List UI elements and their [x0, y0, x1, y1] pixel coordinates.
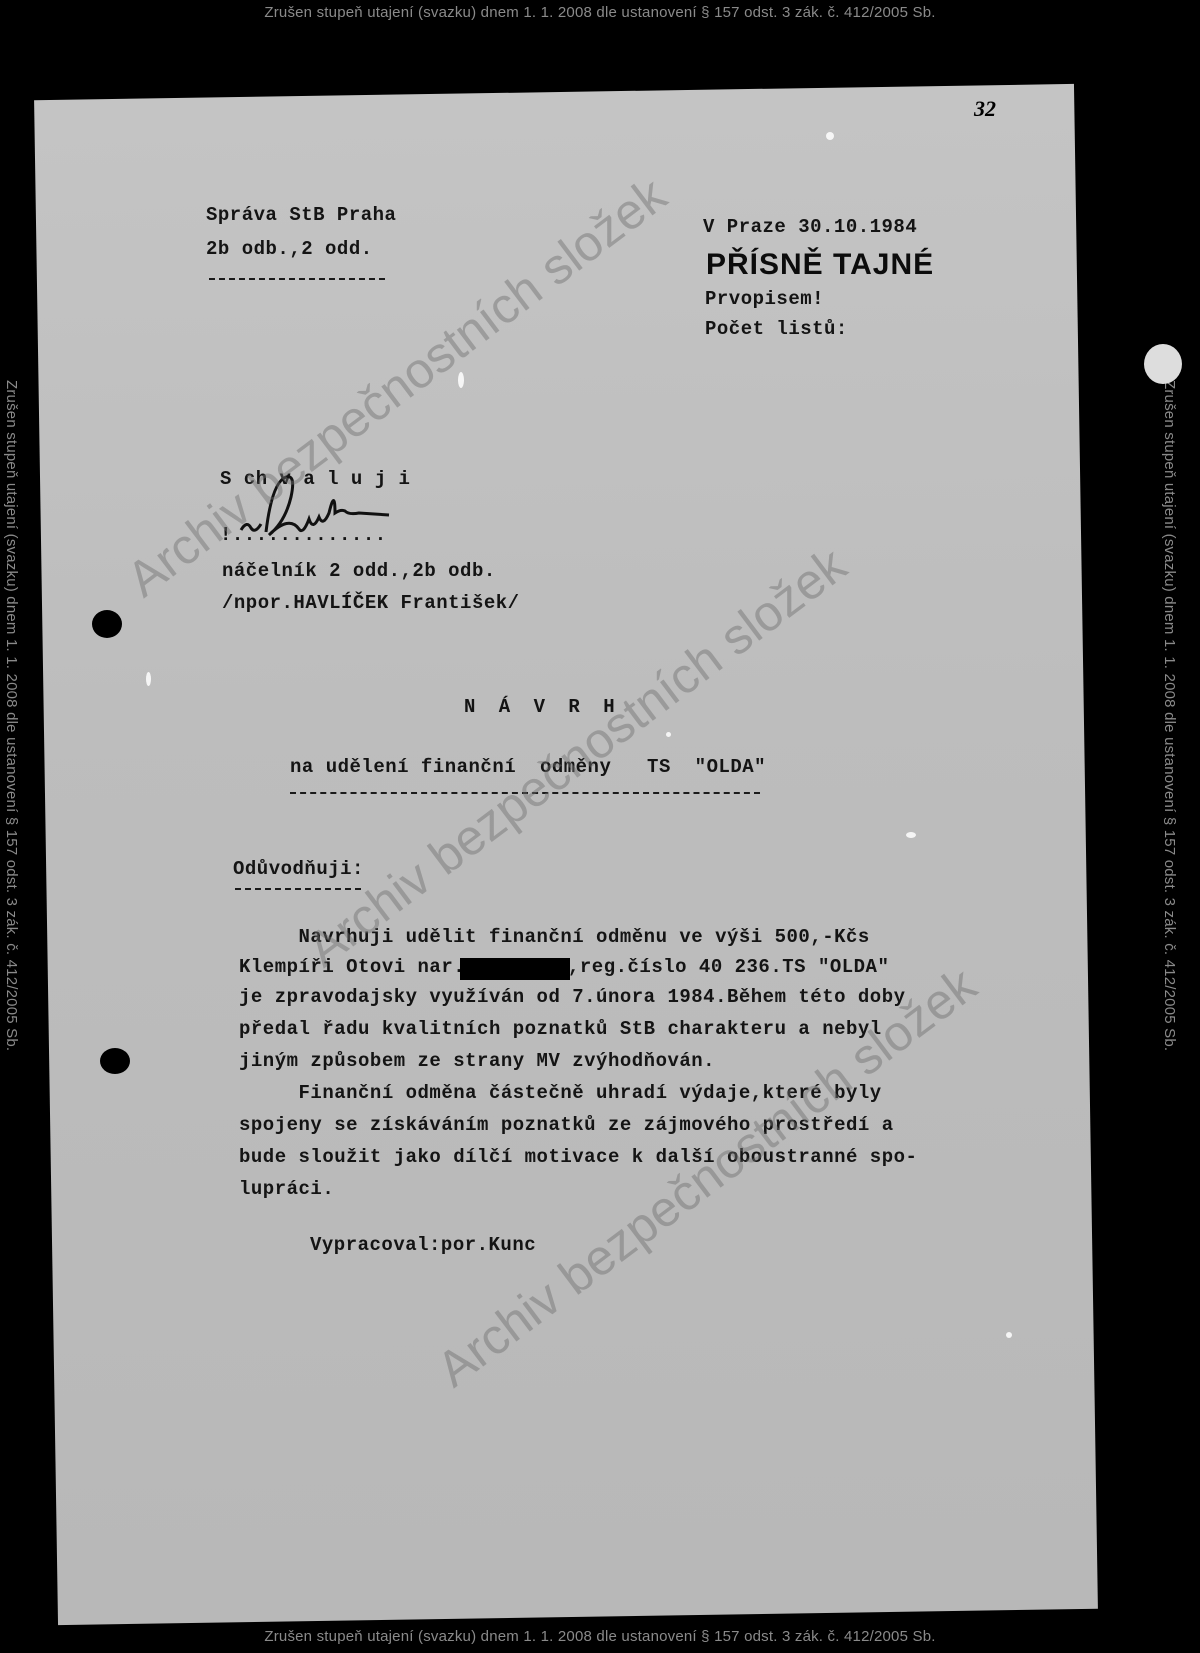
prepared-by: Vypracoval:por.Kunc [310, 1234, 536, 1256]
dust-speck [666, 732, 671, 737]
place-date: V Praze 30.10.1984 [703, 216, 917, 238]
dust-speck [458, 372, 464, 388]
page-number: 32 [974, 96, 996, 122]
copy-note: Prvopisem! [705, 288, 824, 310]
paragraph2-line3: bude sloužit jako dílčí motivace k další… [239, 1146, 917, 1168]
scan-artifact [1144, 344, 1182, 384]
justification-underline [235, 888, 361, 890]
paragraph2-line4: lupráci. [239, 1178, 334, 1200]
dust-speck [906, 832, 916, 838]
paragraph1-line4: předal řadu kvalitních poznatků StB char… [239, 1018, 882, 1040]
sender-line-2: 2b odb.,2 odd. [206, 238, 373, 260]
classification-stamp: PŘÍSNĚ TAJNÉ [706, 248, 934, 282]
document-subtitle: na udělení finanční odměny TS "OLDA" [290, 756, 766, 778]
signature-dotted-line: !............. [220, 524, 387, 546]
dust-speck [826, 132, 834, 140]
punch-hole [92, 610, 122, 638]
approver-name: /npor.HAVLÍČEK František/ [222, 592, 520, 614]
paragraph1-line5: jiným způsobem ze strany MV zvýhodňován. [239, 1050, 715, 1072]
justification-label: Odůvodňuji: [233, 858, 364, 880]
declassification-banner-left: Zrušen stupeň utajení (svazku) dnem 1. 1… [3, 380, 20, 1200]
document-page: 32 Správa StB Praha 2b odb.,2 odd. V Pra… [34, 84, 1098, 1625]
paragraph2-line2: spojeny se získáváním poznatků ze zájmov… [239, 1114, 894, 1136]
sender-line-1: Správa StB Praha [206, 204, 396, 226]
paragraph1-line1: Navrhuji udělit finanční odměnu ve výši … [239, 926, 870, 948]
declassification-banner-bottom: Zrušen stupeň utajení (svazku) dnem 1. 1… [0, 1628, 1200, 1645]
paragraph1-line3: je zpravodajsky využíván od 7.února 1984… [239, 986, 906, 1008]
redacted-birthdate [460, 958, 570, 980]
paragraph1-line2a: Klempíři Otovi nar. [239, 956, 465, 978]
paragraph2-line1: Finanční odměna částečně uhradí výdaje,k… [239, 1082, 882, 1104]
paragraph1-line2b: ,reg.číslo 40 236.TS "OLDA" [568, 956, 889, 978]
sheet-count-label: Počet listů: [705, 318, 848, 340]
subtitle-underline [290, 792, 760, 794]
dust-speck [146, 672, 151, 686]
approver-title: náčelník 2 odd.,2b odb. [222, 560, 496, 582]
punch-hole [100, 1048, 130, 1074]
document-heading: N Á V R H [464, 696, 621, 718]
sender-underline [209, 278, 385, 280]
dust-speck [1006, 1332, 1012, 1338]
declassification-banner-top: Zrušen stupeň utajení (svazku) dnem 1. 1… [0, 4, 1200, 21]
declassification-banner-right: Zrušen stupeň utajení (svazku) dnem 1. 1… [1161, 380, 1178, 1200]
